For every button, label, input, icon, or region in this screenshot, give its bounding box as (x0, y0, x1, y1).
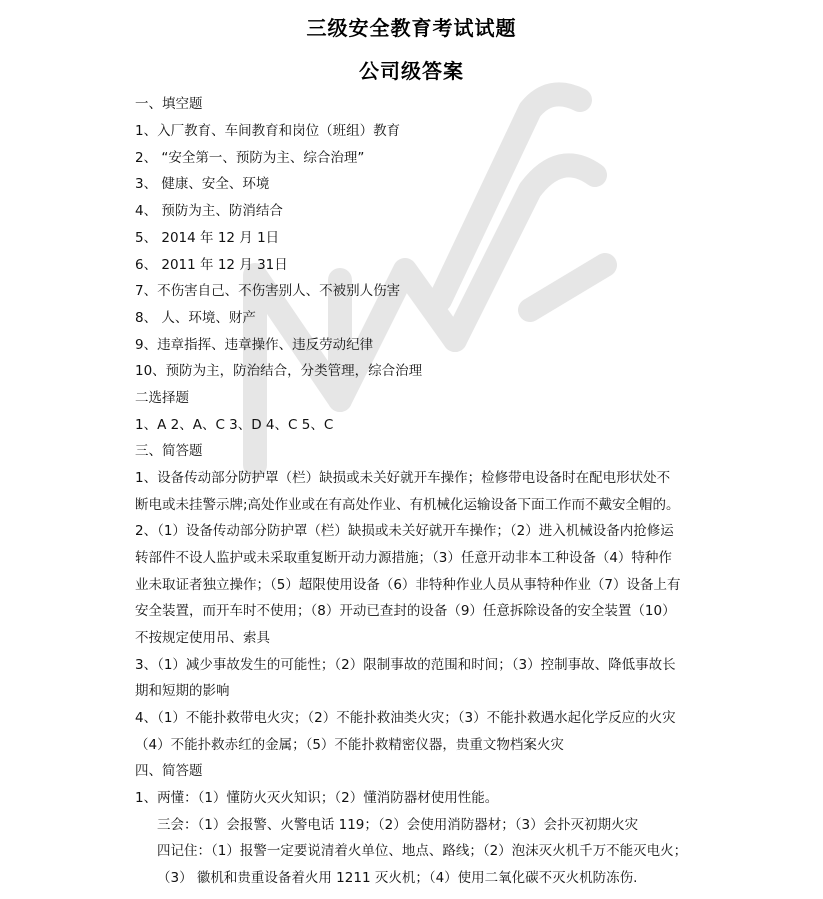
choice-answers: 1、A 2、A、C 3、D 4、C 5、C (135, 416, 333, 434)
fill-blank-item: 1、入厂教育、车间教育和岗位（班组）教育 (135, 122, 400, 140)
section-heading-choice: 二选择题 (135, 389, 189, 407)
short-answer-2-line: （3） 徽机和贵重设备着火用 1211 灭火机；（4）使用二氧化碳不灭火机防冻伤… (157, 869, 637, 887)
short-answer-2-line: 三会：（1）会报警、火警电话 119；（2）会使用消防器材；（3）会扑灭初期火灾 (157, 816, 638, 834)
section-heading-short-answer-2: 四、简答题 (135, 762, 203, 780)
fill-blank-item: 2、 “安全第一、预防为主、综合治理” (135, 149, 364, 167)
short-answer-line: 1、设备传动部分防护罩（栏）缺损或未关好就开车操作；检修带电设备时在配电形状处不 (135, 469, 670, 487)
fill-blank-item: 4、 预防为主、防消结合 (135, 202, 283, 220)
short-answer-line: （4）不能扑救赤红的金属；（5）不能扑救精密仪器，贵重文物档案火灾 (135, 736, 564, 754)
short-answer-line: 不按规定使用吊、索具 (135, 629, 270, 647)
short-answer-2-line: 1、两懂：（1）懂防火灭火知识；（2）懂消防器材使用性能。 (135, 789, 498, 807)
short-answer-line: 3、（1）减少事故发生的可能性；（2）限制事故的范围和时间；（3）控制事故、降低… (135, 656, 676, 674)
fill-blank-item: 5、 2014 年 12 月 1日 (135, 229, 279, 247)
short-answer-line: 业未取证者独立操作；（5）超限使用设备（6）非特种作业人员从事特种作业（7）设备… (135, 576, 681, 594)
fill-blank-item: 6、 2011 年 12 月 31日 (135, 256, 288, 274)
short-answer-line: 2、（1）设备传动部分防护罩（栏）缺损或未关好就开车操作；（2）进入机械设备内抢… (135, 522, 674, 540)
section-heading-short-answer: 三、简答题 (135, 442, 203, 460)
fill-blank-item: 7、不伤害自己、不伤害别人、不被别人伤害 (135, 282, 400, 300)
document-title: 三级安全教育考试试题 (0, 12, 823, 41)
document-subtitle: 公司级答案 (0, 55, 823, 84)
short-answer-line: 断电或未挂警示牌;高处作业或在有高处作业、有机械化运输设备下面工作而不戴安全帽的… (135, 496, 680, 514)
document-page: 三级安全教育考试试题 公司级答案 一、填空题 1、入厂教育、车间教育和岗位（班组… (0, 0, 823, 899)
fill-blank-item: 10、预防为主，防治结合，分类管理，综合治理 (135, 362, 422, 380)
short-answer-2-line: 四记住：（1）报警一定要说清着火单位、地点、路线；（2）泡沫灭火机千万不能灭电火… (157, 842, 687, 860)
fill-blank-item: 3、 健康、安全、环境 (135, 175, 269, 193)
short-answer-line: 转部件不设人监护或未采取重复断开动力源措施；（3）任意开动非本工种设备（4）特种… (135, 549, 672, 567)
fill-blank-item: 8、 人、环境、财产 (135, 309, 256, 327)
short-answer-line: 期和短期的影响 (135, 682, 230, 700)
section-heading-fill-blank: 一、填空题 (135, 95, 203, 113)
fill-blank-item: 9、违章指挥、违章操作、违反劳动纪律 (135, 336, 373, 354)
short-answer-line: 4、（1）不能扑救带电火灾；（2）不能扑救油类火灾；（3）不能扑救遇水起化学反应… (135, 709, 676, 727)
short-answer-line: 安全装置，而开车时不使用；（8）开动已查封的设备（9）任意拆除设备的安全装置（1… (135, 602, 676, 620)
